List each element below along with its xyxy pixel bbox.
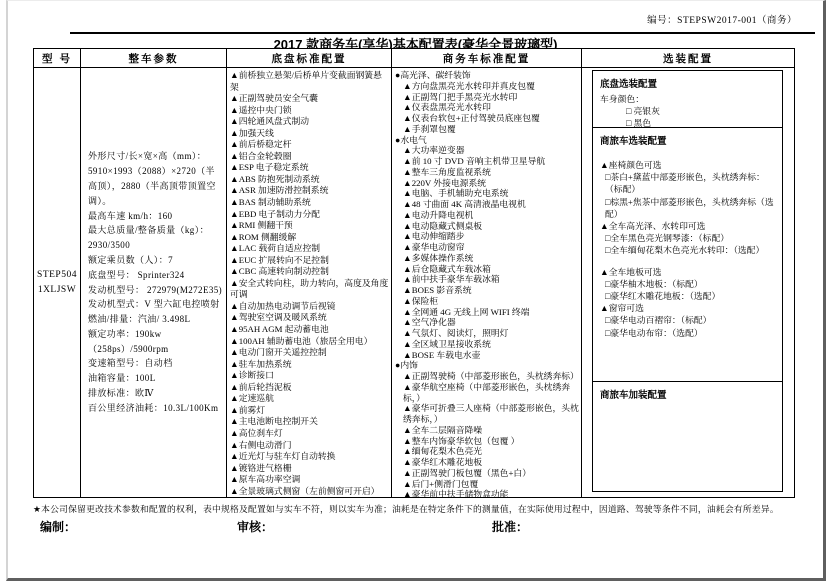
param-line: 最大总质量/整备质量（kg）：2930/3500 xyxy=(88,223,223,253)
optional-box: 底盘选装配置 车身颜色：□ 亮银灰□ 黑色 商旅车选装配置 ▲座椅颜色可选□茶白… xyxy=(592,70,783,492)
chassis-item: ▲BAS 制动辅助系统 xyxy=(230,197,389,209)
optional-item xyxy=(600,150,775,159)
chassis-item: ▲ASR 加速防滑控制系统 xyxy=(230,185,389,197)
column-header-chassis: 底盘标准配置 xyxy=(227,49,391,68)
business-item: ▲电动伸缩踏步 xyxy=(395,231,579,242)
model-code-line2: 1XLJSW xyxy=(38,283,76,298)
chassis-item: ▲100AH 辅助蓄电池（旅居全用电） xyxy=(230,336,389,348)
param-line: 发动机型号： 272979(M272E35) xyxy=(88,283,223,298)
column-header-business: 商务车标准配置 xyxy=(392,49,581,68)
business-item: ▲大功率逆变器 xyxy=(395,145,579,156)
param-line: 额定乘员数（人）：7 xyxy=(88,253,223,268)
business-item: ▲电动升降电视机 xyxy=(395,210,579,221)
optional-section-travel-lines: ▲座椅颜色可选□茶白+黛蓝中部菱形嵌色，头枕绣奔标：（标配）□棕黑+焦茶中部菱形… xyxy=(600,150,775,339)
column-header-model: 型 号 xyxy=(34,49,80,68)
business-item: ▲正副驾驶椅（中部菱形嵌色，头枕绣奔标） xyxy=(395,371,579,382)
param-line: 百公里经济油耗：10.3L/100Km xyxy=(88,401,223,416)
chassis-item: ▲铝合金轮毂圈 xyxy=(230,151,389,163)
business-item: ▲方向盘黑亮光水转印并真皮包覆 xyxy=(395,81,579,92)
optional-section-addon: 商旅车加装配置 xyxy=(593,382,782,491)
optional-section-travel-title: 商旅车选装配置 xyxy=(600,133,775,147)
optional-item: □豪华柚木地板：（标配） xyxy=(605,278,775,290)
param-line: 油箱容量：100L xyxy=(88,371,223,386)
optional-item: ▲全车地板可选 xyxy=(600,266,775,278)
param-line: 燃油/排量：汽油/ 3.498L xyxy=(88,312,223,327)
optional-item: □ 亮银灰 xyxy=(626,105,775,117)
business-item: ▲缅甸花梨木色亮光 xyxy=(395,446,579,457)
business-item: ▲220V 外接电源系统 xyxy=(395,178,579,189)
chassis-item: ▲加强天线 xyxy=(230,128,389,140)
chassis-item: ▲ROM 侧翻缓解 xyxy=(230,232,389,244)
optional-section-chassis-lines: 车身颜色：□ 亮银灰□ 黑色 xyxy=(600,93,775,128)
chassis-item: ▲CBC 高速转向制动控制 xyxy=(230,266,389,278)
chassis-item: ▲右侧电动滑门 xyxy=(230,440,389,452)
column-model: 型 号 STEP504 1XLJSW xyxy=(34,49,81,497)
chassis-item: ▲近光灯与驻车灯自动转换 xyxy=(230,451,389,463)
optional-section-chassis: 底盘选装配置 车身颜色：□ 亮银灰□ 黑色 xyxy=(593,71,782,128)
optional-item: ▲全车高光泽、水转印可选 xyxy=(600,220,775,232)
chassis-item: ▲前桥独立悬架/后桥单片变截面钢簧悬架 xyxy=(230,70,389,93)
business-item: ▲仪表盘黑亮光水转印 xyxy=(395,102,579,113)
chassis-item: ▲镀铬进气格栅 xyxy=(230,463,389,475)
model-cell: STEP504 1XLJSW xyxy=(34,68,80,497)
optional-item: □豪华电动百褶帘：（标配） xyxy=(605,314,775,326)
doc-number: 编号：STEPSW2017-001（商务） xyxy=(647,12,797,26)
business-item: ▲豪华前中扶手储物盒功能 xyxy=(395,489,579,497)
chassis-item: ▲ABS 防抱死制动系统 xyxy=(230,174,389,186)
business-item: ▲豪华电动窗帘 xyxy=(395,242,579,253)
optional-item: □豪华红木雕花地板：（选配） xyxy=(605,290,775,302)
business-item: ▲豪华可折叠三人座椅（中部菱形嵌色，头枕绣奔标，） xyxy=(395,403,579,425)
chassis-item: ▲高位刹车灯 xyxy=(230,428,389,440)
chassis-item: ▲EBD 电子制动力分配 xyxy=(230,209,389,221)
chassis-item: ▲前雾灯 xyxy=(230,405,389,417)
business-item: ▲多媒体操作系统 xyxy=(395,253,579,264)
business-item: ▲豪华航空座椅（中部菱形嵌色，头枕绣奔标，） xyxy=(395,382,579,404)
document-page: 编号：STEPSW2017-001（商务） 2017 款商务车(享华)基本配置表… xyxy=(6,0,826,581)
business-item: ▲全网通 4G 无线上网 WIFI 终端 xyxy=(395,307,579,318)
business-item: ▲后仓隐藏式车载冰箱 xyxy=(395,264,579,275)
column-vehicle-params: 整车参数 外形尺寸/长×宽×高（mm）：5910×1993（2088）×2720… xyxy=(81,49,227,497)
business-item: ▲豪华红木雕花地板 xyxy=(395,457,579,468)
chassis-item: ▲定速巡航 xyxy=(230,393,389,405)
chassis-item: ▲前后桥稳定杆 xyxy=(230,139,389,151)
chassis-item: ▲正副驾驶员安全气囊 xyxy=(230,93,389,105)
optional-section-addon-title: 商旅车加装配置 xyxy=(600,387,775,401)
optional-section-travel: 商旅车选装配置 ▲座椅颜色可选□茶白+黛蓝中部菱形嵌色，头枕绣奔标：（标配）□棕… xyxy=(593,128,782,382)
model-code-line1: STEP504 xyxy=(37,268,77,283)
param-line: 最高车速 km/h：160 xyxy=(88,209,223,224)
chassis-item: ▲主电池断电控制开关 xyxy=(230,416,389,428)
business-item: ▲空气净化器 xyxy=(395,317,579,328)
chassis-item: ▲RMI 侧翻干预 xyxy=(230,220,389,232)
business-item: ▲整车内饰豪华软包（包覆 ） xyxy=(395,436,579,447)
footnote: ★本公司保留更改技术参数和配置的权利，表中规格及配置如与实车不符，则以实车为准；… xyxy=(33,502,805,515)
reviewed-by-label: 审核： xyxy=(237,518,273,535)
chassis-item: ▲EUC 扩展转向不足控制 xyxy=(230,255,389,267)
business-item: ▲BOES 影音系统 xyxy=(395,285,579,296)
optional-item: □ 黑色 xyxy=(626,117,775,128)
optional-item: □全车缅甸花梨木色亮光水转印：（选配） xyxy=(605,244,775,256)
chassis-item: ▲诊断接口 xyxy=(230,370,389,382)
chassis-item: ▲原车高功率空调 xyxy=(230,474,389,486)
business-item: ▲电动隐藏式侧桌板 xyxy=(395,221,579,232)
business-item: ▲气氛灯、阅读灯，照明灯 xyxy=(395,328,579,339)
column-header-params: 整车参数 xyxy=(81,49,226,68)
business-item: ▲正副驾驶门板包覆（黑色+白） xyxy=(395,468,579,479)
business-item: ▲电脑、手机辅助充电系统 xyxy=(395,188,579,199)
column-chassis-standard: 底盘标准配置 ▲前桥独立悬架/后桥单片变截面钢簧悬架▲正副驾驶员安全气囊▲遥控中… xyxy=(227,49,392,497)
column-optional-config: 选装配置 底盘选装配置 车身颜色：□ 亮银灰□ 黑色 商旅车选装配置 ▲座椅颜色… xyxy=(582,49,794,497)
chassis-item: ▲安全式转向柱，助力转向，高度及角度可调 xyxy=(230,278,389,301)
optional-section-chassis-title: 底盘选装配置 xyxy=(600,76,775,90)
chassis-item: ▲驻车加热系统 xyxy=(230,359,389,371)
chassis-item: ▲自动加热电动调节后视镜 xyxy=(230,301,389,313)
business-standard-cell: ●高光泽、碳纤装饰▲方向盘黑亮光水转印并真皮包覆▲正副驾门把手黑亮光水转印▲仪表… xyxy=(392,68,581,497)
signature-row: 编制： 审核： 批准： xyxy=(33,516,803,536)
optional-item: □全车黑色亮光钢琴漆：（标配） xyxy=(605,232,775,244)
chassis-item: ▲驾驶室空调及暖风系统 xyxy=(230,312,389,324)
optional-item: □茶白+黛蓝中部菱形嵌色，头枕绣奔标：（标配） xyxy=(605,171,775,195)
prepared-by-label: 编制： xyxy=(40,518,76,535)
business-item: ▲BOSE 车载电水壶 xyxy=(395,350,579,361)
business-item: ▲保险柜 xyxy=(395,296,579,307)
business-item: ▲正副驾门把手黑亮光水转印 xyxy=(395,92,579,103)
business-item: ●高光泽、碳纤装饰 xyxy=(395,70,579,81)
chassis-item: ▲四轮通风盘式制动 xyxy=(230,116,389,128)
business-item: ▲整车三角度监视系统 xyxy=(395,167,579,178)
optional-config-cell: 底盘选装配置 车身颜色：□ 亮银灰□ 黑色 商旅车选装配置 ▲座椅颜色可选□茶白… xyxy=(582,68,794,497)
param-line: 底盘型号： Sprinter324 xyxy=(88,268,223,283)
chassis-item: ▲前后轮挡泥板 xyxy=(230,382,389,394)
business-item: ▲全区域卫星接收系统 xyxy=(395,339,579,350)
param-line: 发动机型式：V 型六缸电控喷射 xyxy=(88,297,223,312)
param-line: 额定功率：190kw（258ps）/5900rpm xyxy=(88,327,223,357)
business-item: ●水电气 xyxy=(395,135,579,146)
chassis-standard-cell: ▲前桥独立悬架/后桥单片变截面钢簧悬架▲正副驾驶员安全气囊▲遥控中央门锁▲四轮通… xyxy=(227,68,391,497)
business-item: ▲手刹罩包覆 xyxy=(395,124,579,135)
business-item: ▲后门+侧滑门包覆 xyxy=(395,479,579,490)
chassis-item: ▲遥控中央门锁 xyxy=(230,105,389,117)
optional-item: ▲座椅颜色可选 xyxy=(600,159,775,171)
chassis-item: ▲电动门窗开关遥控控制 xyxy=(230,347,389,359)
optional-item: □棕黑+焦茶中部菱形嵌色，头枕绣奔标（选配） xyxy=(605,196,775,220)
business-item: ▲48 寸曲面 4K 高清液晶电视机 xyxy=(395,199,579,210)
chassis-item: ▲LAC 载荷自适应控制 xyxy=(230,243,389,255)
param-line: 外形尺寸/长×宽×高（mm）：5910×1993（2088）×2720（半高顶）… xyxy=(88,149,223,208)
optional-item: 车身颜色： xyxy=(600,93,775,105)
chassis-item: ▲全景玻璃式侧窗（左前侧窗可开启） xyxy=(230,486,389,497)
approved-by-label: 批准： xyxy=(492,518,528,535)
column-header-optional: 选装配置 xyxy=(582,49,794,68)
business-item: ▲前中扶手豪华车载冰箱 xyxy=(395,274,579,285)
chassis-item: ▲ESP 电子稳定系统 xyxy=(230,162,389,174)
business-item: ▲全车二层隔音降噪 xyxy=(395,425,579,436)
optional-item: ▲窗帘可选 xyxy=(600,302,775,314)
optional-item xyxy=(600,257,775,266)
column-business-standard: 商务车标准配置 ●高光泽、碳纤装饰▲方向盘黑亮光水转印并真皮包覆▲正副驾门把手黑… xyxy=(392,49,582,497)
business-item: ▲前 10 寸 DVD 音响主机带卫星导航 xyxy=(395,156,579,167)
business-item: ●内饰 xyxy=(395,360,579,371)
optional-item: □豪华电动布帘：（选配） xyxy=(605,327,775,339)
param-line: 变速箱型号：自动档 xyxy=(88,356,223,371)
param-line: 排放标准：欧Ⅳ xyxy=(88,386,223,401)
vehicle-params-cell: 外形尺寸/长×宽×高（mm）：5910×1993（2088）×2720（半高顶）… xyxy=(81,68,226,497)
business-item: ▲仪表台软包+正付驾驶员底座包覆 xyxy=(395,113,579,124)
config-table: 型 号 STEP504 1XLJSW 整车参数 外形尺寸/长×宽×高（mm）：5… xyxy=(33,48,795,498)
chassis-item: ▲95AH AGM 起动蓄电池 xyxy=(230,324,389,336)
